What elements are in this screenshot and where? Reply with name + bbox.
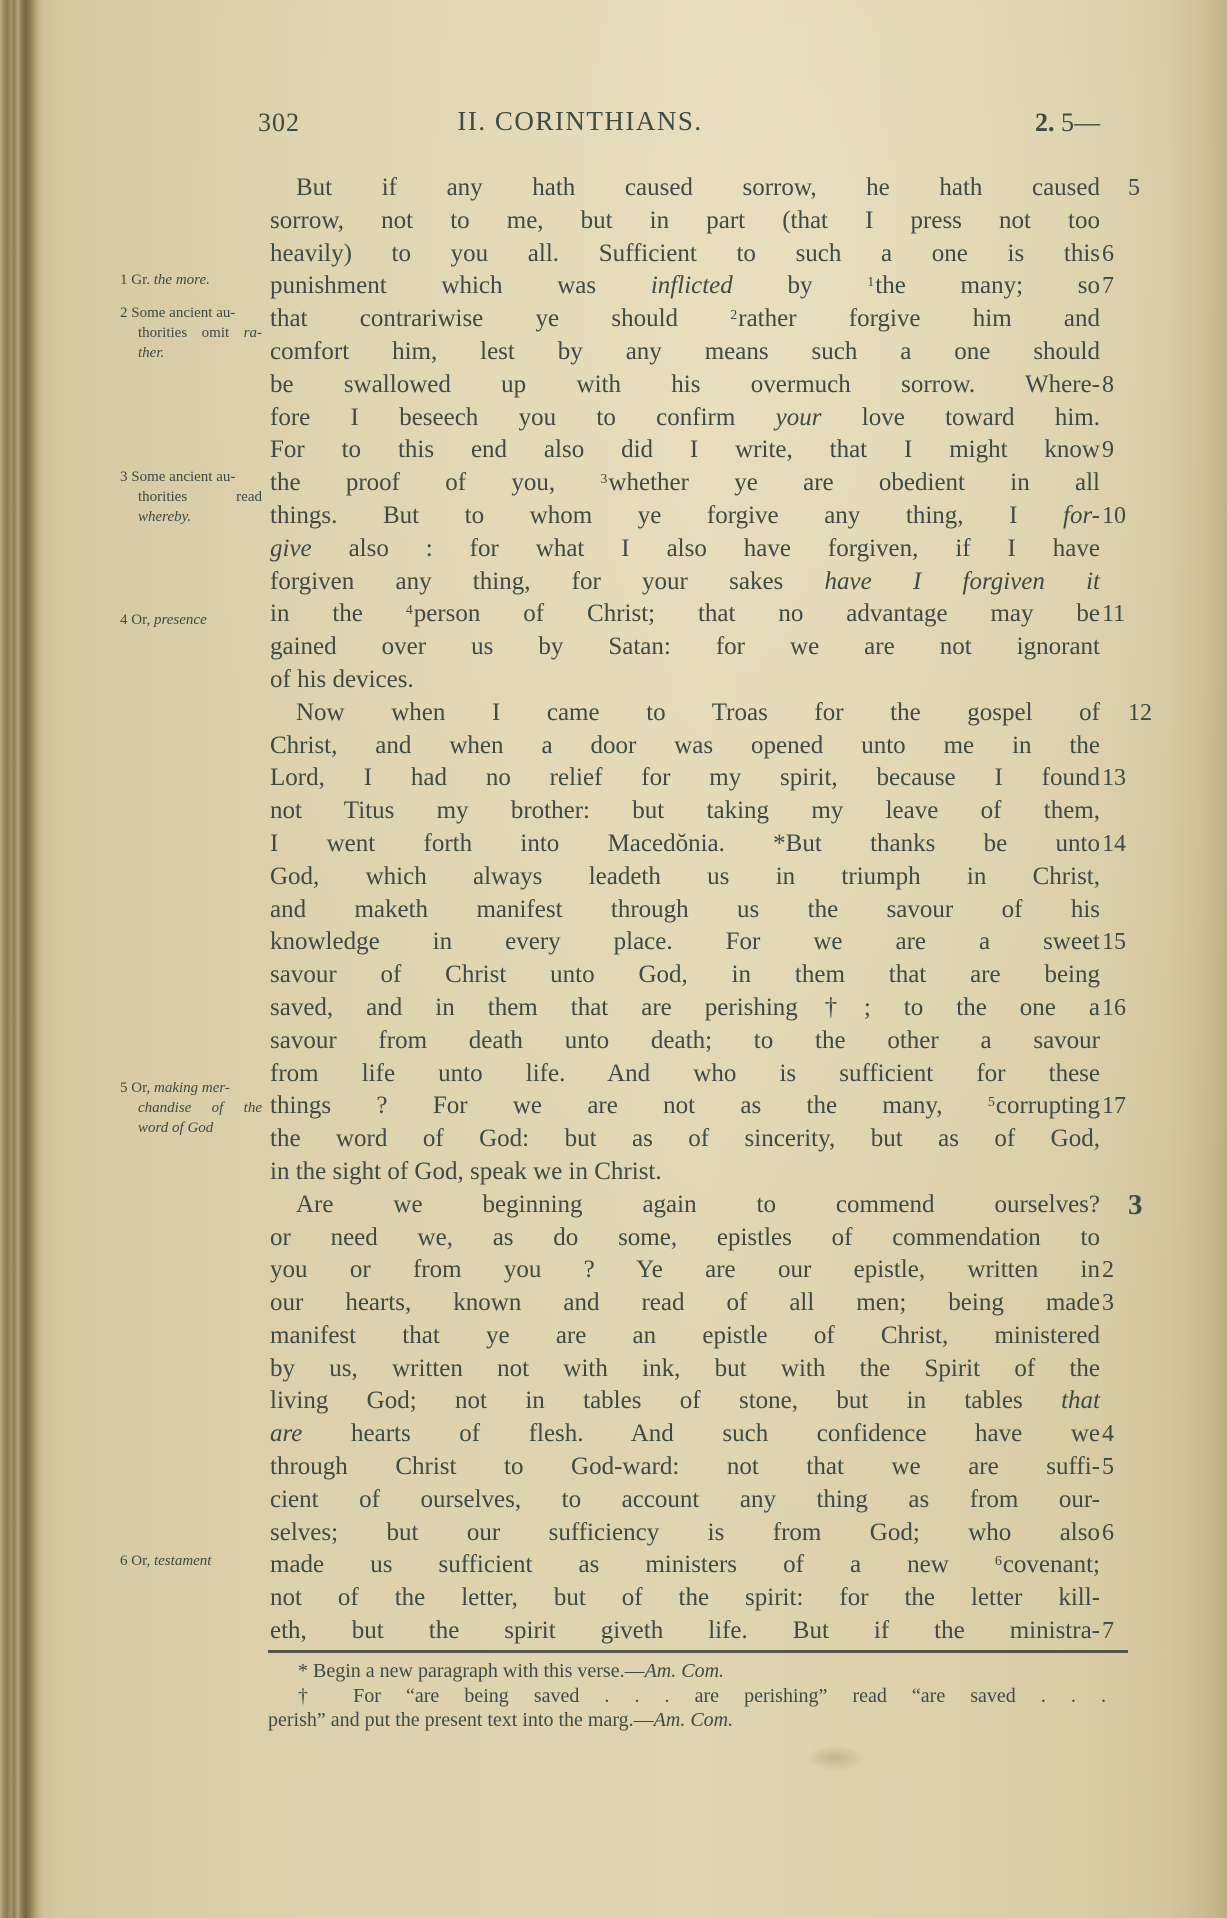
text-line: or need we, as do some, epistles of comm…: [270, 1222, 1100, 1255]
text-segment: made us sufficient as ministers of a new: [270, 1551, 995, 1578]
text-segment: punishment which was: [270, 272, 651, 299]
chapter-ref-rest: 5—: [1055, 108, 1101, 137]
verse-number: 11: [1102, 598, 1146, 631]
margin-note-line: 1 Gr. the more.: [120, 270, 262, 290]
text-line: savour of Christ unto God, in them that …: [270, 959, 1100, 992]
text-line: things ? For we are not as the many, 5co…: [270, 1090, 1100, 1123]
text-segment: Am. Com.: [654, 1709, 733, 1731]
text-line: knowledge in every place. For we are a s…: [270, 926, 1100, 959]
text-line: Lord, I had no relief for my spirit, bec…: [270, 762, 1100, 795]
text-segment: 1 Gr.: [120, 272, 154, 288]
margin-note: 3 Some ancient au-thorities readwhereby.: [120, 467, 262, 527]
text-line: the proof of you, 3whether ye are obedie…: [270, 467, 1100, 500]
margin-note-line: chandise of the: [120, 1098, 262, 1118]
text-segment: also : for what I also have forgiven, if…: [312, 535, 1100, 562]
text-line: in the 4person of Christ; that no advant…: [270, 598, 1100, 631]
text-line: not Titus my brother: but taking my leav…: [270, 795, 1100, 828]
margin-note: 2 Some ancient au-thorities omit ra-ther…: [120, 303, 262, 363]
text-segment: I went forth into Macedŏnia. *But thanks…: [270, 830, 1100, 857]
text-segment: 4 Or,: [120, 612, 154, 628]
text-segment: savour of Christ unto God, in them that …: [270, 961, 1100, 988]
text-segment: whether ye are obedient in all: [608, 469, 1100, 496]
text-line: God, which always leadeth us in triumph …: [270, 861, 1100, 894]
verse-number: 2: [1102, 1254, 1146, 1287]
margin-note-line: thorities omit ra-: [120, 323, 262, 343]
marginal-note-reference: 2: [730, 308, 737, 323]
text-line: give also : for what I also have forgive…: [270, 533, 1100, 566]
text-line: For to this end also did I write, that I…: [270, 434, 1100, 467]
text-segment: Are we beginning again to commend oursel…: [296, 1191, 1100, 1218]
page-number: 302: [258, 108, 300, 138]
text-segment: thorities omit: [138, 325, 244, 341]
footnote-line: * Begin a new paragraph with this verse.…: [268, 1659, 1106, 1684]
text-segment: by: [733, 272, 867, 299]
text-segment: comfort him, lest by any means such a on…: [270, 338, 1100, 365]
text-line: are hearts of flesh. And such confidence…: [270, 1418, 1100, 1451]
margin-note: 1 Gr. the more.: [120, 270, 262, 290]
text-line: manifest that ye are an epistle of Chris…: [270, 1320, 1100, 1353]
page-edge-shadow: [1167, 0, 1227, 1918]
text-segment: living God; not in tables of stone, but …: [270, 1387, 1061, 1414]
verse-number: 4: [1102, 1418, 1146, 1451]
text-line: eth, but the spirit giveth life. But if …: [270, 1615, 1100, 1648]
text-line: comfort him, lest by any means such a on…: [270, 336, 1100, 369]
text-segment: making mer-: [154, 1080, 230, 1096]
text-segment: But if any hath caused sorrow, he hath c…: [296, 174, 1100, 201]
text-segment: love toward him.: [821, 404, 1100, 431]
footnote-line: perish” and put the present text into th…: [268, 1708, 1106, 1733]
text-segment: chandise of the: [138, 1100, 262, 1116]
margin-note-line: thorities read: [120, 487, 262, 507]
text-segment: or need we, as do some, epistles of comm…: [270, 1224, 1100, 1251]
text-line: sorrow, not to me, but in part (that I p…: [270, 205, 1100, 238]
text-segment: selves; but our sufficiency is from God;…: [270, 1519, 1100, 1546]
text-line: Are we beginning again to commend oursel…: [270, 1189, 1100, 1222]
verse-number: 14: [1102, 828, 1146, 861]
text-line: and maketh manifest through us the savou…: [270, 894, 1100, 927]
margin-note: 4 Or, presence: [120, 610, 262, 630]
text-line: living God; not in tables of stone, but …: [270, 1385, 1100, 1418]
text-segment: ra-: [244, 325, 262, 341]
verse-number: 9: [1102, 434, 1146, 467]
marginal-note-reference: 5: [988, 1095, 995, 1110]
text-segment: fore I beseech you to confirm: [270, 404, 776, 431]
text-segment: corrupting: [996, 1092, 1100, 1119]
text-segment: in the sight of God, speak we in Christ.: [270, 1158, 662, 1185]
text-segment: 6 Or,: [120, 1553, 154, 1569]
paragraph: But if any hath caused sorrow, he hath c…: [270, 172, 1100, 697]
verse-number: 5: [1102, 1451, 1146, 1484]
text-line: not of the letter, but of the spirit: fo…: [270, 1582, 1100, 1615]
text-segment: the many; so: [875, 272, 1100, 299]
paragraph: Now when I came to Troas for the gospel …: [270, 697, 1100, 1189]
chapter-ref-bold: 2.: [1035, 108, 1055, 137]
text-segment: manifest that ye are an epistle of Chris…: [270, 1322, 1100, 1349]
text-segment: ther.: [138, 345, 164, 361]
text-segment: that: [1061, 1387, 1100, 1414]
text-line: saved, and in them that are perishing†; …: [270, 992, 1100, 1025]
marginal-note-reference: 4: [406, 603, 413, 618]
text-segment: person of Christ; that no advantage may …: [414, 600, 1100, 627]
text-segment: Christ, and when a door was opened unto …: [270, 732, 1100, 759]
text-segment: inflicted: [651, 272, 733, 299]
text-segment: presence: [154, 612, 207, 628]
verse-number: 13: [1102, 762, 1146, 795]
verse-number: 5: [1102, 172, 1146, 205]
text-line: in the sight of God, speak we in Christ.: [270, 1156, 1100, 1189]
text-segment: through Christ to God-ward: not that we …: [270, 1453, 1100, 1480]
text-segment: the word of God: but as of sincerity, bu…: [270, 1125, 1100, 1152]
scanned-book-page: { "colors": {"ink": "#3e4a43", "page_bac…: [0, 0, 1227, 1918]
text-line: be swallowed up with his overmuch sorrow…: [270, 369, 1100, 402]
marginal-note-reference: 3: [600, 472, 607, 487]
text-line: But if any hath caused sorrow, he hath c…: [270, 172, 1100, 205]
text-line: selves; but our sufficiency is from God;…: [270, 1517, 1100, 1550]
verse-number: 7: [1102, 1615, 1146, 1648]
text-segment: perish” and put the present text into th…: [268, 1709, 654, 1731]
text-segment: and maketh manifest through us the savou…: [270, 896, 1100, 923]
text-line: things. But to whom ye forgive any thing…: [270, 500, 1100, 533]
chapter-number: 3: [1102, 1189, 1146, 1222]
margin-note-line: whereby.: [120, 507, 262, 527]
verse-number: 6: [1102, 238, 1146, 271]
running-title: II. CORINTHIANS.: [450, 106, 710, 137]
text-line: I went forth into Macedŏnia. *But thanks…: [270, 828, 1100, 861]
text-line: Now when I came to Troas for the gospel …: [270, 697, 1100, 730]
scan-smudge: [805, 1745, 865, 1771]
text-line: of his devices.: [270, 664, 1100, 697]
text-segment: things. But to whom ye forgive any thing…: [270, 502, 1063, 529]
scripture-text: But if any hath caused sorrow, he hath c…: [270, 172, 1100, 1648]
paragraph: Are we beginning again to commend oursel…: [270, 1189, 1100, 1648]
text-line: cient of ourselves, to account any thing…: [270, 1484, 1100, 1517]
text-segment: your: [776, 404, 822, 431]
text-segment: whereby.: [138, 509, 191, 525]
margin-note-line: 6 Or, testament: [120, 1551, 262, 1571]
text-line: made us sufficient as ministers of a new…: [270, 1549, 1100, 1582]
text-line: savour from death unto death; to the oth…: [270, 1025, 1100, 1058]
verse-number: 16: [1102, 992, 1146, 1025]
text-line: you or from you ? Ye are our epistle, wr…: [270, 1254, 1100, 1287]
verse-number: 15: [1102, 926, 1146, 959]
marginal-note-reference: 1: [867, 275, 874, 290]
footnote-rule: [268, 1650, 1128, 1653]
text-segment: things ? For we are not as the many,: [270, 1092, 988, 1119]
text-segment: knowledge in every place. For we are a s…: [270, 928, 1100, 955]
text-line: fore I beseech you to confirm your love …: [270, 402, 1100, 435]
text-segment: Am. Com.: [645, 1660, 724, 1682]
text-segment: by us, written not with ink, but with th…: [270, 1355, 1100, 1382]
text-segment: give: [270, 535, 312, 562]
text-segment: are: [270, 1420, 302, 1447]
margin-note-line: word of God: [120, 1118, 262, 1138]
text-segment: covenant;: [1003, 1551, 1100, 1578]
book-spine-edge: [0, 0, 58, 1918]
text-segment: heavily) to you all. Sufficient to such …: [270, 240, 1100, 267]
margin-note: 5 Or, making mer-chandise of theword of …: [120, 1078, 262, 1138]
text-segment: that contrariwise ye should: [270, 305, 730, 332]
text-segment: be swallowed up with his overmuch sorrow…: [270, 371, 1100, 398]
verse-number: 17: [1102, 1090, 1146, 1123]
text-segment: gained over us by Satan: for we are not …: [270, 633, 1100, 660]
verse-number: 6: [1102, 1517, 1146, 1550]
text-segment: you or from you ? Ye are our epistle, wr…: [270, 1256, 1100, 1283]
marginal-note-reference: 6: [995, 1554, 1002, 1569]
chapter-verse-reference: 2. 5—: [990, 108, 1100, 138]
text-segment: Lord, I had no relief for my spirit, bec…: [270, 764, 1100, 791]
text-segment: God, which always leadeth us in triumph …: [270, 863, 1100, 890]
margin-note-line: ther.: [120, 343, 262, 363]
text-segment: our hearts, known and read of all men; b…: [270, 1289, 1100, 1316]
american-committee-footnotes: * Begin a new paragraph with this verse.…: [268, 1659, 1106, 1733]
verse-number: 12: [1102, 697, 1146, 730]
text-line: through Christ to God-ward: not that we …: [270, 1451, 1100, 1484]
verse-number: 8: [1102, 369, 1146, 402]
text-segment: cient of ourselves, to account any thing…: [270, 1486, 1100, 1513]
text-segment: not of the letter, but of the spirit: fo…: [270, 1584, 1100, 1611]
text-segment: word of God: [138, 1120, 213, 1136]
verse-number: 3: [1102, 1287, 1146, 1320]
text-line: heavily) to you all. Sufficient to such …: [270, 238, 1100, 271]
text-line: Christ, and when a door was opened unto …: [270, 730, 1100, 763]
text-segment: For to this end also did I write, that I…: [270, 436, 1100, 463]
text-segment: from life unto life. And who is sufficie…: [270, 1060, 1100, 1087]
text-segment: the proof of you,: [270, 469, 600, 496]
text-segment: testament: [154, 1553, 212, 1569]
verse-number: 10: [1102, 500, 1146, 533]
verse-number: 7: [1102, 270, 1146, 303]
text-segment: eth, but the spirit giveth life. But if …: [270, 1617, 1100, 1644]
margin-note-line: 4 Or, presence: [120, 610, 262, 630]
text-segment: rather forgive him and: [738, 305, 1100, 332]
margin-note-line: 2 Some ancient au-: [120, 303, 262, 323]
text-segment: * Begin a new paragraph with this verse.…: [298, 1660, 645, 1682]
text-segment: the more.: [154, 272, 210, 288]
text-segment: of his devices.: [270, 666, 414, 693]
text-segment: thorities read: [138, 489, 262, 505]
text-line: forgiven any thing, for your sakes have …: [270, 566, 1100, 599]
text-line: punishment which was inflicted by 1the m…: [270, 270, 1100, 303]
text-segment: sorrow, not to me, but in part (that I p…: [270, 207, 1100, 234]
text-line: gained over us by Satan: for we are not …: [270, 631, 1100, 664]
text-segment: Now when I came to Troas for the gospel …: [296, 699, 1100, 726]
text-segment: savour from death unto death; to the oth…: [270, 1027, 1100, 1054]
margin-note-line: 3 Some ancient au-: [120, 467, 262, 487]
text-line: that contrariwise ye should 2rather forg…: [270, 303, 1100, 336]
text-segment: for-: [1063, 502, 1100, 529]
text-line: from life unto life. And who is sufficie…: [270, 1058, 1100, 1091]
text-segment: have I forgiven it: [825, 568, 1101, 595]
margin-note: 6 Or, testament: [120, 1551, 262, 1571]
text-segment: hearts of flesh. And such confidence hav…: [302, 1420, 1100, 1447]
text-line: the word of God: but as of sincerity, bu…: [270, 1123, 1100, 1156]
text-segment: 2 Some ancient au-: [120, 305, 235, 321]
margin-note-line: 5 Or, making mer-: [120, 1078, 262, 1098]
text-segment: forgiven any thing, for your sakes: [270, 568, 825, 595]
text-segment: † For “are being saved . . . are perishi…: [298, 1685, 1106, 1707]
footnote-line: † For “are being saved . . . are perishi…: [268, 1684, 1106, 1709]
text-line: our hearts, known and read of all men; b…: [270, 1287, 1100, 1320]
text-segment: not Titus my brother: but taking my leav…: [270, 797, 1100, 824]
text-segment: 5 Or,: [120, 1080, 154, 1096]
text-segment: saved, and in them that are perishing†; …: [270, 994, 1100, 1021]
text-line: by us, written not with ink, but with th…: [270, 1353, 1100, 1386]
text-segment: 3 Some ancient au-: [120, 469, 235, 485]
text-segment: in the: [270, 600, 406, 627]
